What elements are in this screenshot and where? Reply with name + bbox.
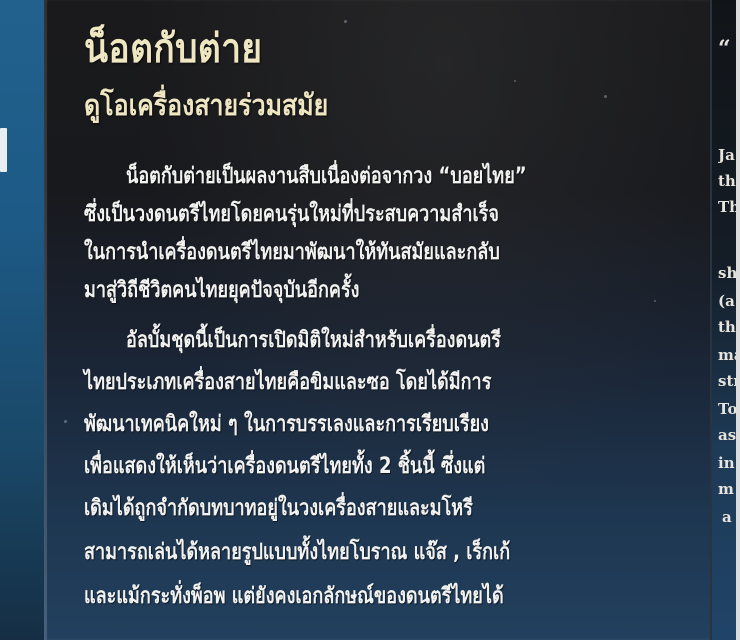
- text-fragment: th: [718, 318, 736, 336]
- text-fragment: m: [718, 480, 734, 498]
- text-fragment: in: [718, 454, 735, 472]
- text-fragment: (a: [718, 292, 735, 310]
- album-title: น็อตกับต่าย: [84, 16, 262, 80]
- text-fragment: as: [718, 426, 736, 444]
- thai-liner-notes-panel: น็อตกับต่าย ดูโอเครื่องสายร่วมสมัย น็อตก…: [44, 0, 710, 640]
- text-fragment: To: [718, 400, 737, 418]
- dust-speck: [344, 20, 347, 23]
- dust-speck: [604, 95, 607, 98]
- text-fragment: Ja: [718, 146, 735, 164]
- album-booklet-photo: น็อตกับต่าย ดูโอเครื่องสายร่วมสมัย น็อตก…: [0, 0, 740, 640]
- text-fragment: sh: [718, 264, 737, 282]
- dust-speck: [654, 300, 656, 302]
- dust-speck: [64, 420, 67, 423]
- dust-speck: [514, 80, 516, 82]
- text-fragment: a: [722, 508, 732, 526]
- page-edge: [736, 0, 740, 640]
- left-cover-panel: [0, 0, 44, 640]
- album-subtitle: ดูโอเครื่องสายร่วมสมัย: [84, 82, 328, 128]
- text-fragment: th: [718, 172, 736, 190]
- english-notes-panel: “ Ja th Th sh (a th ma str To as in m a: [710, 0, 740, 640]
- quote-mark: “: [718, 36, 731, 62]
- cover-letter-fragment: [0, 128, 7, 172]
